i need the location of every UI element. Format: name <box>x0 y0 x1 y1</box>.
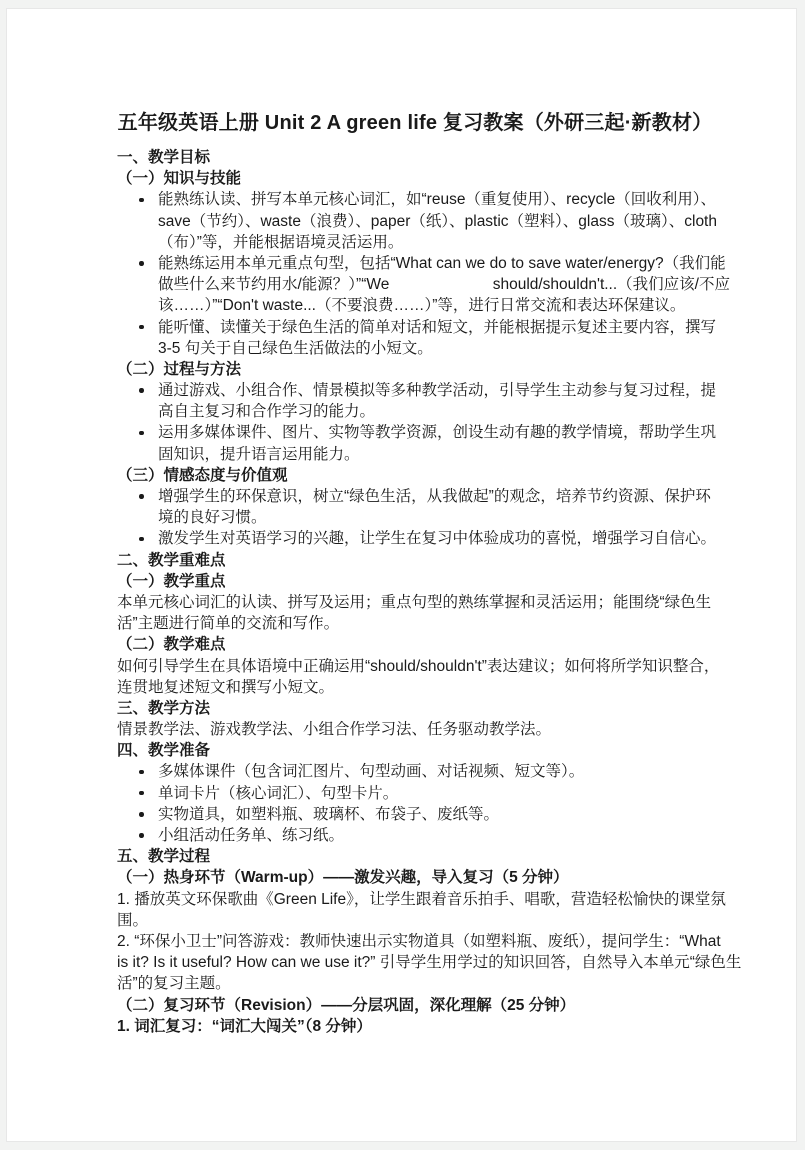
line-text: 二、教学重难点 <box>117 552 226 569</box>
text-line: 二、教学重难点 <box>117 550 713 571</box>
document-content: 五年级英语上册 Unit 2 A green life 复习教案（外研三起·新教… <box>117 108 713 1037</box>
section-heading: 一、教学目标 <box>117 147 713 168</box>
text-line: 连贯地复述短文和撰写小短文。 <box>117 677 713 698</box>
bullet-icon <box>139 198 144 203</box>
bullet-icon <box>139 325 144 330</box>
text-line: （二）复习环节（Revision）——分层巩固，深化理解（25 分钟） <box>117 995 713 1016</box>
bullet-text: 做些什么来节约用水/能源？）”“We should/shouldn't...（我… <box>158 276 730 293</box>
bullet-text: 小组活动任务单、练习纸。 <box>158 827 344 844</box>
sub-heading: （三）情感态度与价值观 <box>117 465 713 486</box>
text-line: 情景教学法、游戏教学法、小组合作学习法、任务驱动教学法。 <box>117 719 713 740</box>
line-text: 连贯地复述短文和撰写小短文。 <box>117 679 334 696</box>
desktop-background: { "colors": { "canvas_bg": "#f2f3f2", "p… <box>0 0 805 1150</box>
text-line: 该……）”“Don't waste...（不要浪费……）”等，进行日常交流和表达… <box>117 295 713 316</box>
bullet-text: 通过游戏、小组合作、情景模拟等多种教学活动，引导学生主动参与复习过程，提 <box>158 382 716 399</box>
line-text: （二）复习环节（Revision）——分层巩固，深化理解（25 分钟） <box>117 997 575 1014</box>
document-page: 五年级英语上册 Unit 2 A green life 复习教案（外研三起·新教… <box>6 8 797 1142</box>
text-line: （二）教学难点 <box>117 634 713 655</box>
line-text: （一）教学重点 <box>117 573 226 590</box>
bullet-text: 固知识，提升语言运用能力。 <box>158 446 360 463</box>
bullet-icon <box>139 770 144 775</box>
bullet-text: 境的良好习惯。 <box>158 509 267 526</box>
text-line: 能熟练运用本单元重点句型，包括“What can we do to save w… <box>117 253 713 274</box>
bullet-text: 激发学生对英语学习的兴趣，让学生在复习中体验成功的喜悦，增强学习自信心。 <box>158 530 716 547</box>
bullet-text: 该……）”“Don't waste...（不要浪费……）”等，进行日常交流和表达… <box>158 297 685 314</box>
line-text: 2. “环保小卫士”问答游戏：教师快速出示实物道具（如塑料瓶、废纸），提问学生：… <box>117 933 721 950</box>
text-line: （布）”等，并能根据语境灵活运用。 <box>117 232 713 253</box>
text-line: 激发学生对英语学习的兴趣，让学生在复习中体验成功的喜悦，增强学习自信心。 <box>117 528 713 549</box>
line-text: （二）教学难点 <box>117 636 226 653</box>
text-line: （一）知识与技能 <box>117 168 713 189</box>
bullet-item: 运用多媒体课件、图片、实物等教学资源，创设生动有趣的教学情境，帮助学生巩固知识，… <box>117 422 713 464</box>
sub-heading: （一）教学重点 <box>117 571 713 592</box>
bullet-text: 能听懂、读懂关于绿色生活的简单对话和短文，并能根据提示复述主要内容，撰写 <box>158 319 716 336</box>
bullet-icon <box>139 537 144 542</box>
line-text: 1. 词汇复习：“词汇大闯关”（8 分钟） <box>117 1018 372 1035</box>
bullet-icon <box>139 833 144 838</box>
bullet-item: 小组活动任务单、练习纸。 <box>117 825 713 846</box>
bullet-text: 高自主复习和合作学习的能力。 <box>158 403 375 420</box>
bullet-text: 多媒体课件（包含词汇图片、句型动画、对话视频、短文等）。 <box>158 763 584 780</box>
line-text: 围。 <box>117 912 148 929</box>
sub-heading: （二）过程与方法 <box>117 359 713 380</box>
text-line: 1. 播放英文环保歌曲《Green Life》，让学生跟着音乐拍手、唱歌，营造轻… <box>117 889 713 910</box>
paragraph: 2. “环保小卫士”问答游戏：教师快速出示实物道具（如塑料瓶、废纸），提问学生：… <box>117 931 713 995</box>
text-line: 如何引导学生在具体语境中正确运用“should/shouldn't”表达建议；如… <box>117 656 713 677</box>
bullet-text: 能熟练认读、拼写本单元核心词汇，如“reuse（重复使用）、recycle（回收… <box>158 191 716 208</box>
line-text: （三）情感态度与价值观 <box>117 467 288 484</box>
bullet-text: save（节约）、waste（浪费）、paper（纸）、plastic（塑料）、… <box>158 213 717 230</box>
sub-heading: （二）教学难点 <box>117 634 713 655</box>
text-line: 能听懂、读懂关于绿色生活的简单对话和短文，并能根据提示复述主要内容，撰写 <box>117 317 713 338</box>
section-heading: 四、教学准备 <box>117 740 713 761</box>
bullet-icon <box>139 791 144 796</box>
line-text: （二）过程与方法 <box>117 361 241 378</box>
paragraph: 情景教学法、游戏教学法、小组合作学习法、任务驱动教学法。 <box>117 719 713 740</box>
numbered-heading: 1. 词汇复习：“词汇大闯关”（8 分钟） <box>117 1016 713 1037</box>
text-line: 能熟练认读、拼写本单元核心词汇，如“reuse（重复使用）、recycle（回收… <box>117 189 713 210</box>
section-heading: 三、教学方法 <box>117 698 713 719</box>
bullet-icon <box>139 494 144 499</box>
bullet-text: 能熟练运用本单元重点句型，包括“What can we do to save w… <box>158 255 726 272</box>
line-text: 五、教学过程 <box>117 848 210 865</box>
text-line: 固知识，提升语言运用能力。 <box>117 444 713 465</box>
bullet-item: 多媒体课件（包含词汇图片、句型动画、对话视频、短文等）。 <box>117 761 713 782</box>
bullet-item: 能熟练运用本单元重点句型，包括“What can we do to save w… <box>117 253 713 317</box>
bullet-text: 运用多媒体课件、图片、实物等教学资源，创设生动有趣的教学情境，帮助学生巩 <box>158 424 716 441</box>
sub-heading: （二）复习环节（Revision）——分层巩固，深化理解（25 分钟） <box>117 995 713 1016</box>
text-line: 围。 <box>117 910 713 931</box>
text-line: 单词卡片（核心词汇）、句型卡片。 <box>117 783 713 804</box>
text-line: 3-5 句关于自己绿色生活做法的小短文。 <box>117 338 713 359</box>
text-line: 1. 词汇复习：“词汇大闯关”（8 分钟） <box>117 1016 713 1037</box>
text-line: 高自主复习和合作学习的能力。 <box>117 401 713 422</box>
bullet-icon <box>139 388 144 393</box>
text-line: 实物道具，如塑料瓶、玻璃杯、布袋子、废纸等。 <box>117 804 713 825</box>
bullet-icon <box>139 261 144 266</box>
line-text: 如何引导学生在具体语境中正确运用“should/shouldn't”表达建议；如… <box>117 658 719 675</box>
bullet-icon <box>139 431 144 436</box>
text-line: 2. “环保小卫士”问答游戏：教师快速出示实物道具（如塑料瓶、废纸），提问学生：… <box>117 931 713 952</box>
text-line: 本单元核心词汇的认读、拼写及运用；重点句型的熟练掌握和灵活运用；能围绕“绿色生 <box>117 592 713 613</box>
sub-heading: （一）热身环节（Warm-up）——激发兴趣，导入复习（5 分钟） <box>117 867 713 888</box>
text-line: is it? Is it useful? How can we use it?”… <box>117 952 713 973</box>
document-body: 一、教学目标（一）知识与技能能熟练认读、拼写本单元核心词汇，如“reuse（重复… <box>117 147 713 1037</box>
text-line: save（节约）、waste（浪费）、paper（纸）、plastic（塑料）、… <box>117 211 713 232</box>
text-line: 三、教学方法 <box>117 698 713 719</box>
text-line: 一、教学目标 <box>117 147 713 168</box>
line-text: 三、教学方法 <box>117 700 210 717</box>
line-text: 活”主题进行简单的交流和写作。 <box>117 615 339 632</box>
text-line: 境的良好习惯。 <box>117 507 713 528</box>
bullet-item: 单词卡片（核心词汇）、句型卡片。 <box>117 783 713 804</box>
text-line: 五、教学过程 <box>117 846 713 867</box>
bullet-text: 实物道具，如塑料瓶、玻璃杯、布袋子、废纸等。 <box>158 806 499 823</box>
document-title: 五年级英语上册 Unit 2 A green life 复习教案（外研三起·新教… <box>117 108 713 138</box>
bullet-text: 单词卡片（核心词汇）、句型卡片。 <box>158 785 398 802</box>
bullet-item: 通过游戏、小组合作、情景模拟等多种教学活动，引导学生主动参与复习过程，提高自主复… <box>117 380 713 422</box>
bullet-item: 实物道具，如塑料瓶、玻璃杯、布袋子、废纸等。 <box>117 804 713 825</box>
bullet-text: 增强学生的环保意识，树立“绿色生活，从我做起”的观念，培养节约资源、保护环 <box>158 488 711 505</box>
text-line: 做些什么来节约用水/能源？）”“We should/shouldn't...（我… <box>117 274 713 295</box>
text-line: 活”的复习主题。 <box>117 973 713 994</box>
paragraph: 本单元核心词汇的认读、拼写及运用；重点句型的熟练掌握和灵活运用；能围绕“绿色生活… <box>117 592 713 634</box>
sub-heading: （一）知识与技能 <box>117 168 713 189</box>
line-text: 1. 播放英文环保歌曲《Green Life》，让学生跟着音乐拍手、唱歌，营造轻… <box>117 891 726 908</box>
text-line: 多媒体课件（包含词汇图片、句型动画、对话视频、短文等）。 <box>117 761 713 782</box>
text-line: 小组活动任务单、练习纸。 <box>117 825 713 846</box>
line-text: 四、教学准备 <box>117 742 210 759</box>
bullet-item: 能听懂、读懂关于绿色生活的简单对话和短文，并能根据提示复述主要内容，撰写3-5 … <box>117 317 713 359</box>
text-line: 四、教学准备 <box>117 740 713 761</box>
line-text: 本单元核心词汇的认读、拼写及运用；重点句型的熟练掌握和灵活运用；能围绕“绿色生 <box>117 594 711 611</box>
paragraph: 1. 播放英文环保歌曲《Green Life》，让学生跟着音乐拍手、唱歌，营造轻… <box>117 889 713 931</box>
line-text: 活”的复习主题。 <box>117 975 231 992</box>
text-line: （二）过程与方法 <box>117 359 713 380</box>
text-line: （三）情感态度与价值观 <box>117 465 713 486</box>
line-text: 一、教学目标 <box>117 149 210 166</box>
text-line: 运用多媒体课件、图片、实物等教学资源，创设生动有趣的教学情境，帮助学生巩 <box>117 422 713 443</box>
bullet-item: 能熟练认读、拼写本单元核心词汇，如“reuse（重复使用）、recycle（回收… <box>117 189 713 253</box>
paragraph: 如何引导学生在具体语境中正确运用“should/shouldn't”表达建议；如… <box>117 656 713 698</box>
bullet-item: 增强学生的环保意识，树立“绿色生活，从我做起”的观念，培养节约资源、保护环境的良… <box>117 486 713 528</box>
section-heading: 五、教学过程 <box>117 846 713 867</box>
bullet-item: 激发学生对英语学习的兴趣，让学生在复习中体验成功的喜悦，增强学习自信心。 <box>117 528 713 549</box>
bullet-text: 3-5 句关于自己绿色生活做法的小短文。 <box>158 340 433 357</box>
line-text: （一）热身环节（Warm-up）——激发兴趣，导入复习（5 分钟） <box>117 869 569 886</box>
section-heading: 二、教学重难点 <box>117 550 713 571</box>
text-line: （一）教学重点 <box>117 571 713 592</box>
text-line: 活”主题进行简单的交流和写作。 <box>117 613 713 634</box>
bullet-text: （布）”等，并能根据语境灵活运用。 <box>158 234 403 251</box>
text-line: 通过游戏、小组合作、情景模拟等多种教学活动，引导学生主动参与复习过程，提 <box>117 380 713 401</box>
bullet-icon <box>139 812 144 817</box>
text-line: （一）热身环节（Warm-up）——激发兴趣，导入复习（5 分钟） <box>117 867 713 888</box>
text-line: 增强学生的环保意识，树立“绿色生活，从我做起”的观念，培养节约资源、保护环 <box>117 486 713 507</box>
line-text: is it? Is it useful? How can we use it?”… <box>117 954 741 971</box>
line-text: （一）知识与技能 <box>117 170 241 187</box>
line-text: 情景教学法、游戏教学法、小组合作学习法、任务驱动教学法。 <box>117 721 551 738</box>
